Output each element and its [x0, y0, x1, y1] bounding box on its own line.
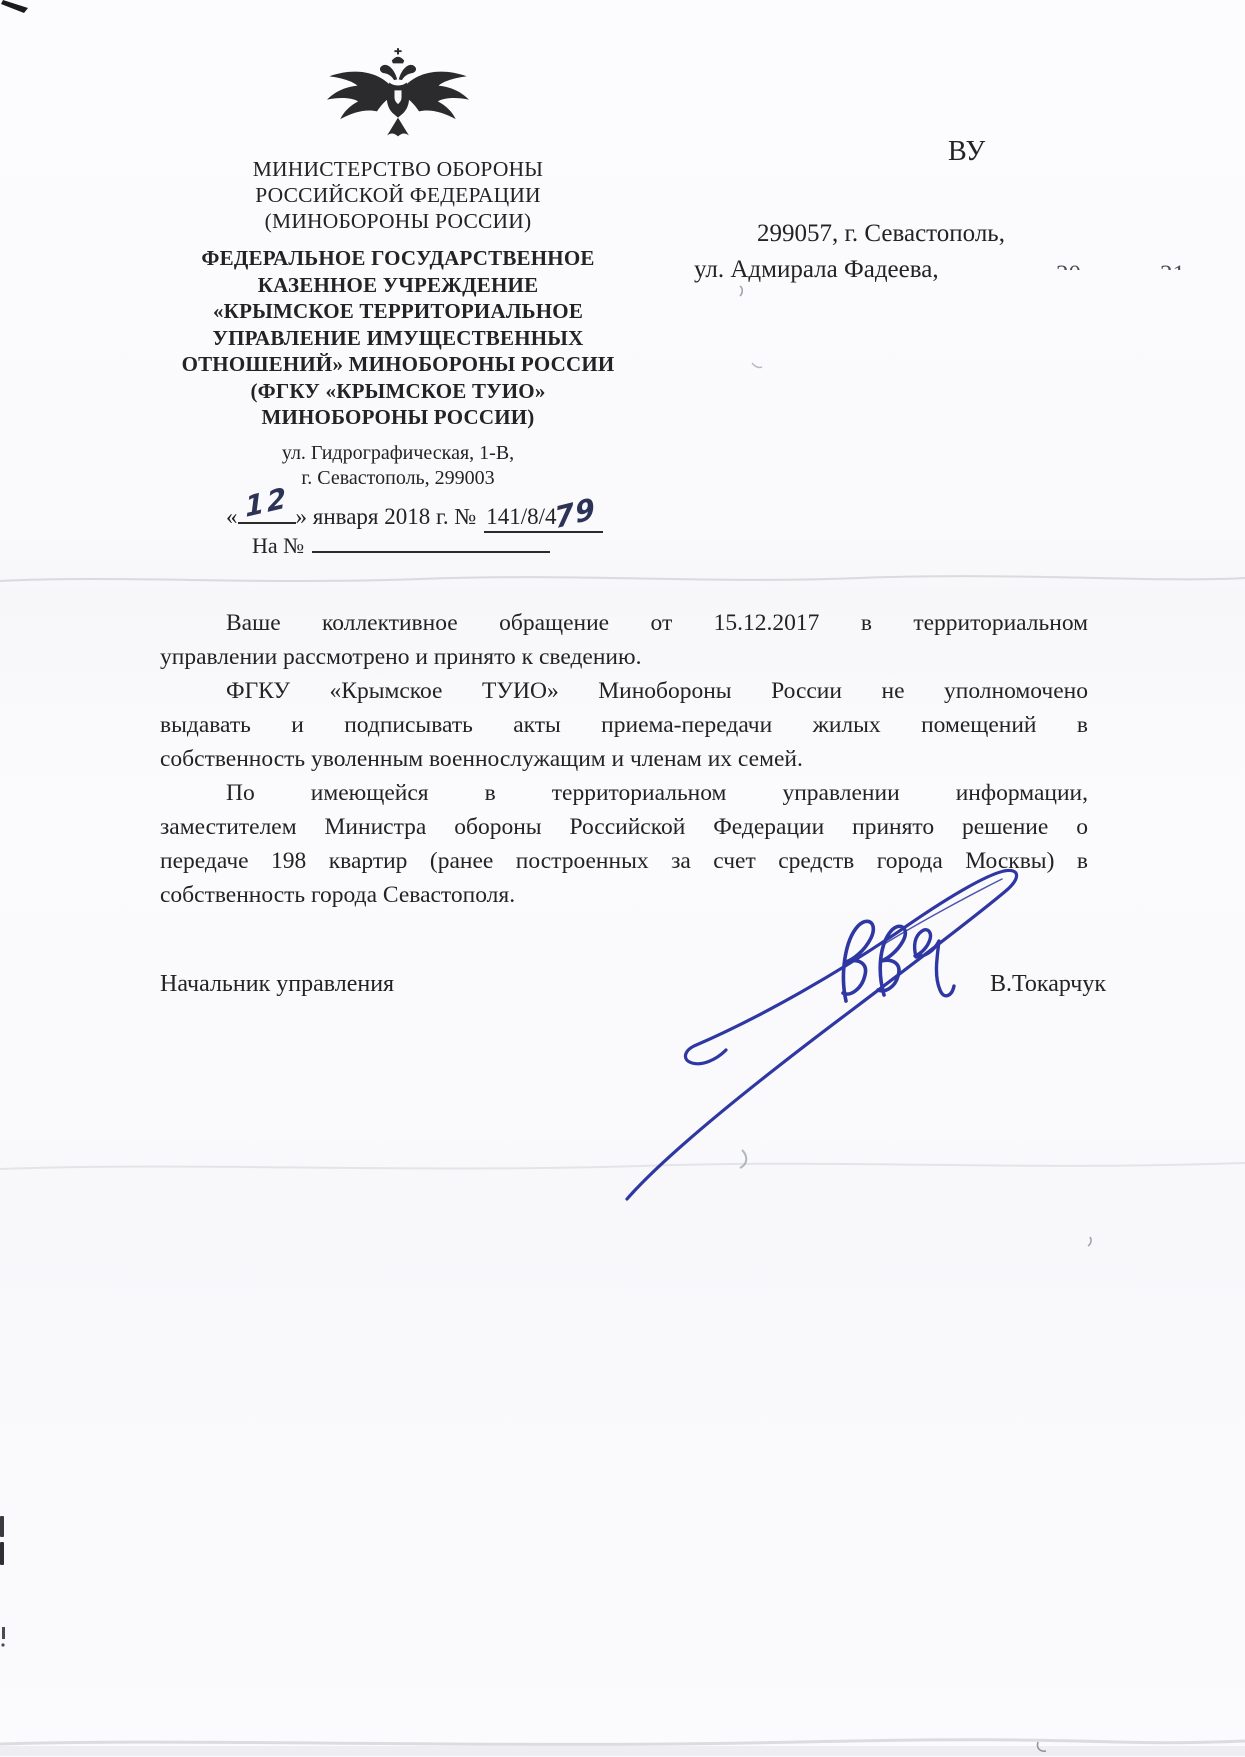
fold-crease — [0, 576, 1245, 581]
body-paragraph-line: ФГКУ «Крымское ТУИО» Минобороны России н… — [160, 674, 1088, 708]
ministry-line: МИНИСТЕРСТВО ОБОРОНЫ — [150, 156, 646, 182]
day-blank-underline: 12 — [238, 502, 296, 524]
reply-number-label: На № — [252, 533, 304, 558]
organization-line: КАЗЕННОЕ УЧРЕЖДЕНИЕ — [150, 272, 646, 299]
outgoing-number-underline: 141/8/479 — [484, 497, 603, 533]
date-text: » января 2018 г. № — [296, 504, 477, 529]
scan-speck — [740, 286, 742, 296]
letterhead-address-line: ул. Гидрографическая, 1-В, — [150, 441, 646, 466]
scan-edge-mark — [0, 1516, 4, 1537]
organization-line: УПРАВЛЕНИЕ ИМУЩЕСТВЕННЫХ — [150, 325, 646, 352]
date-and-number-line: «12» января 2018 г. №141/8/479 — [226, 497, 603, 533]
outgoing-number-printed: 141/8/4 — [486, 504, 556, 529]
position-title: Начальник управления — [160, 971, 394, 998]
scan-speck — [1037, 1742, 1046, 1751]
signature-loop — [627, 870, 1017, 1199]
redacted-house-number-fragment: 21 — [1160, 261, 1204, 270]
redacted-house-number-fragment: 20 — [1056, 261, 1104, 270]
body-paragraph-line: собственность уволенным военнослужащим и… — [160, 742, 1088, 776]
body-paragraph-line: заместителем Министра обороны Российской… — [160, 810, 1088, 844]
ministry-name: МИНИСТЕРСТВО ОБОРОНЫ РОССИЙСКОЙ ФЕДЕРАЦИ… — [150, 156, 646, 234]
scan-speck — [1, 0, 28, 13]
letterhead: МИНИСТЕРСТВО ОБОРОНЫ РОССИЙСКОЙ ФЕДЕРАЦИ… — [150, 48, 646, 491]
organization-name: ФЕДЕРАЛЬНОЕ ГОСУДАРСТВЕННОЕ КАЗЕННОЕ УЧР… — [150, 245, 646, 431]
organization-line: (ФГКУ «КРЫМСКОЕ ТУИО» — [150, 378, 646, 405]
body-paragraph-line: собственность города Севастополя. — [160, 878, 1088, 912]
ministry-line: РОССИЙСКОЙ ФЕДЕРАЦИИ — [150, 182, 646, 208]
reply-number-blank-underline — [312, 535, 550, 553]
scan-speck — [1088, 1237, 1091, 1246]
fold-shadow-band — [0, 1746, 1245, 1756]
addressee-postal-line: 299057, г. Севастополь, — [757, 220, 1005, 248]
body-paragraph-line: выдавать и подписывать акты приема-перед… — [160, 708, 1088, 742]
body-paragraph-line: По имеющейся в территориальном управлени… — [160, 776, 1088, 810]
mod-eagle-emblem-icon — [320, 48, 476, 142]
fold-crease — [0, 1163, 1245, 1169]
body-paragraph-line: управлении рассмотрено и принято к сведе… — [160, 640, 1088, 674]
signature-row: Начальник управления В.Токарчук — [160, 971, 1106, 998]
body-paragraph-line: передаче 198 квартир (ранее построенных … — [160, 844, 1088, 878]
letterhead-address: ул. Гидрографическая, 1-В, г. Севастопол… — [150, 441, 646, 491]
organization-line: ФЕДЕРАЛЬНОЕ ГОСУДАРСТВЕННОЕ — [150, 245, 646, 272]
signer-name: В.Токарчук — [990, 971, 1106, 998]
scan-edge-mark — [0, 1542, 4, 1565]
ministry-line: (МИНОБОРОНЫ РОССИИ) — [150, 208, 646, 234]
scan-speck — [752, 363, 762, 368]
fold-crease — [0, 1740, 1245, 1745]
open-quote: « — [226, 504, 238, 529]
letterhead-address-line: г. Севастополь, 299003 — [150, 466, 646, 491]
redacted-digits: 21 — [1160, 261, 1185, 270]
redacted-digits: 20 — [1056, 261, 1081, 270]
scan-edge-mark — [2, 1627, 5, 1639]
organization-line: «КРЫМСКОЕ ТЕРРИТОРИАЛЬНОЕ — [150, 298, 646, 325]
scan-speck — [740, 1150, 746, 1168]
body-paragraph-line: Ваше коллективное обращение от 15.12.201… — [160, 606, 1088, 640]
scan-edge-mark — [1, 1643, 4, 1646]
signature-ink — [627, 870, 1017, 1199]
organization-line: ОТНОШЕНИЙ» МИНОБОРОНЫ РОССИИ — [150, 351, 646, 378]
handwritten-number-suffix: 79 — [552, 491, 597, 535]
addressee-street-line: ул. Адмирала Фадеева, — [694, 256, 939, 284]
reply-number-line: На № — [252, 533, 550, 559]
letter-body: Ваше коллективное обращение от 15.12.201… — [160, 606, 1088, 912]
organization-line: МИНОБОРОНЫ РОССИИ) — [150, 404, 646, 431]
letter-page: МИНИСТЕРСТВО ОБОРОНЫ РОССИЙСКОЙ ФЕДЕРАЦИ… — [0, 0, 1245, 1757]
addressee-salutation-fragment: ВУ — [948, 136, 986, 168]
